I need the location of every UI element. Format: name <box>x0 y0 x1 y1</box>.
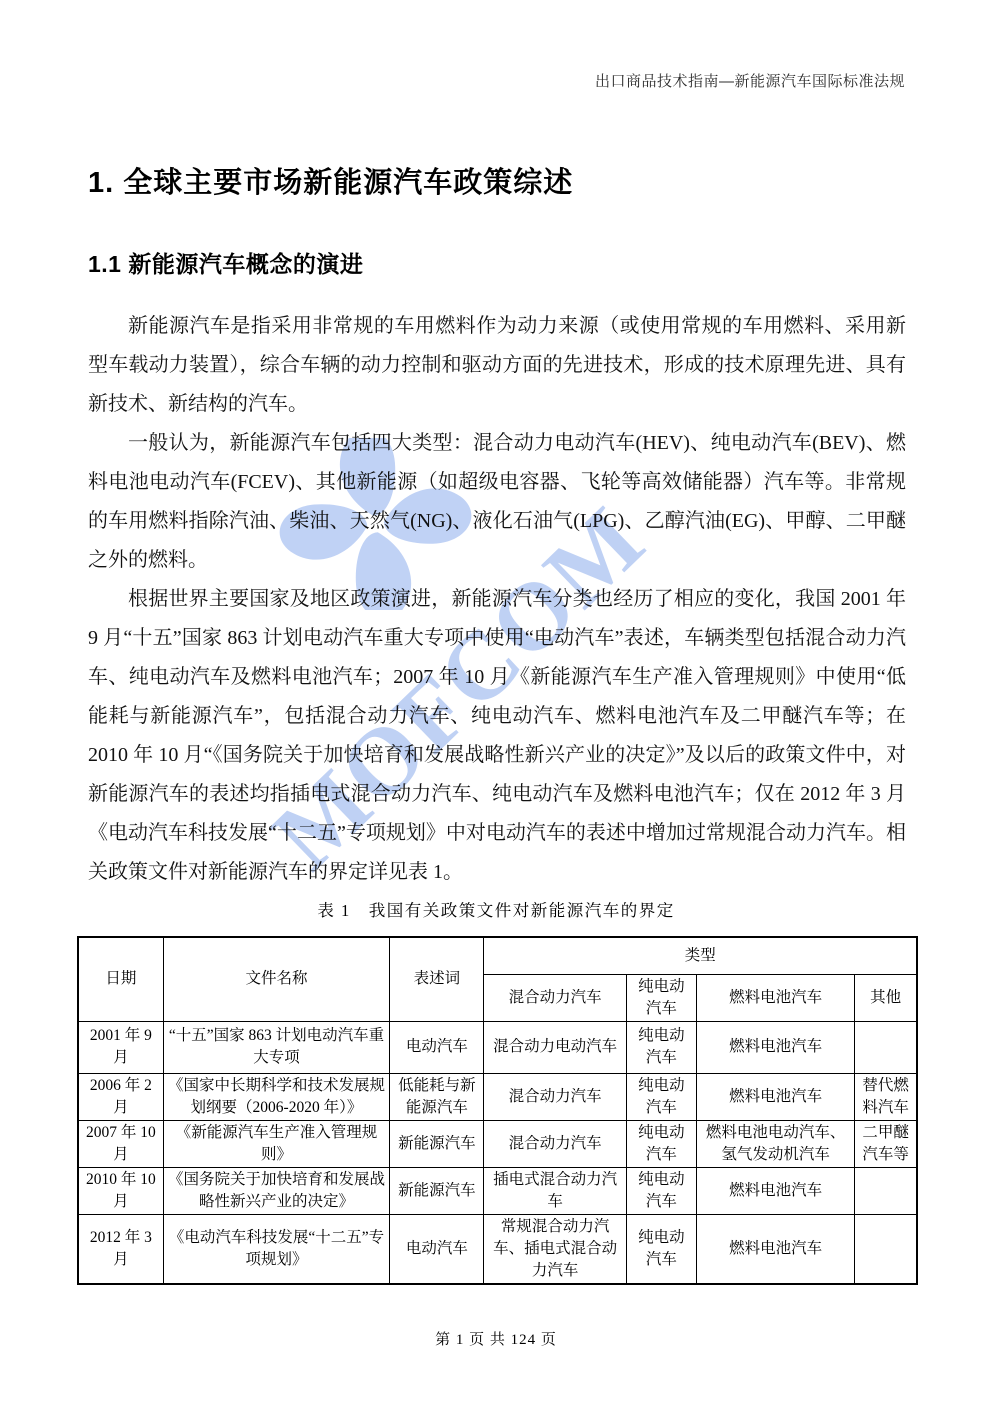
table-row: 2012 年 3 月《电动汽车科技发展“十二五”专项规划》电动汽车常规混合动力汽… <box>78 1214 917 1284</box>
document-content: 出口商品技术指南—新能源汽车国际标准法规 1. 全球主要市场新能源汽车政策综述 … <box>0 0 992 1403</box>
table-cell: 2010 年 10 月 <box>78 1167 163 1214</box>
page-footer: 第 1 页 共 124 页 <box>0 1328 992 1349</box>
table-cell: 混合动力汽车 <box>484 1120 626 1167</box>
table-cell: 纯电动汽车 <box>626 1120 696 1167</box>
subsection-title: 1.1 新能源汽车概念的演进 <box>88 246 908 279</box>
table-cell: 新能源汽车 <box>390 1120 484 1167</box>
table-cell <box>855 1021 917 1073</box>
table-cell: 《电动汽车科技发展“十二五”专项规划》 <box>163 1214 390 1284</box>
table-cell: 2006 年 2 月 <box>78 1073 163 1120</box>
table-caption: 表 1 我国有关政策文件对新能源汽车的界定 <box>0 897 992 921</box>
table-cell: 燃料电池汽车 <box>696 1167 854 1214</box>
policy-table-body: 2001 年 9 月“十五”国家 863 计划电动汽车重大专项电动汽车混合动力电… <box>78 1021 917 1284</box>
table-cell: 《新能源汽车生产准入管理规则》 <box>163 1120 390 1167</box>
table-row: 2010 年 10 月《国务院关于加快培育和发展战略性新兴产业的决定》新能源汽车… <box>78 1167 917 1214</box>
table-cell: 2012 年 3 月 <box>78 1214 163 1284</box>
table-cell: 纯电动汽车 <box>626 1167 696 1214</box>
table-cell: 电动汽车 <box>390 1021 484 1073</box>
table-cell: 低能耗与新能源汽车 <box>390 1073 484 1120</box>
table-cell: 替代燃料汽车 <box>855 1073 917 1120</box>
page-header: 出口商品技术指南—新能源汽车国际标准法规 <box>595 70 905 91</box>
table-cell: 燃料电池汽车 <box>696 1073 854 1120</box>
header-cell-term: 表述词 <box>390 937 484 1021</box>
header-cell-other: 其他 <box>855 974 917 1021</box>
header-cell-date: 日期 <box>78 937 163 1021</box>
table-cell: 燃料电池汽车 <box>696 1214 854 1284</box>
header-cell-doc: 文件名称 <box>163 937 390 1021</box>
table-header: 日期 文件名称 表述词 类型 混合动力汽车 纯电动汽车 燃料电池汽车 其他 <box>78 937 917 1021</box>
header-cell-hybrid: 混合动力汽车 <box>484 974 626 1021</box>
header-cell-bev: 纯电动汽车 <box>626 974 696 1021</box>
header-cell-type-group: 类型 <box>484 937 917 974</box>
table-cell: 混合动力电动汽车 <box>484 1021 626 1073</box>
table-cell: 纯电动汽车 <box>626 1214 696 1284</box>
table-cell: 《国家中长期科学和技术发展规划纲要（2006-2020 年）》 <box>163 1073 390 1120</box>
table-cell: 2007 年 10 月 <box>78 1120 163 1167</box>
policy-definition-table: 日期 文件名称 表述词 类型 混合动力汽车 纯电动汽车 燃料电池汽车 其他 20… <box>77 936 918 1285</box>
table-cell: 常规混合动力汽车、插电式混合动力汽车 <box>484 1214 626 1284</box>
paragraph: 一般认为，新能源汽车包括四大类型：混合动力电动汽车(HEV)、纯电动汽车(BEV… <box>88 424 906 580</box>
table-cell: 新能源汽车 <box>390 1167 484 1214</box>
document-page: MOFCOM 出口商品技术指南—新能源汽车国际标准法规 1. 全球主要市场新能源… <box>0 0 992 1403</box>
table-cell <box>855 1214 917 1284</box>
table-cell: 插电式混合动力汽车 <box>484 1167 626 1214</box>
table-header-row: 日期 文件名称 表述词 类型 <box>78 937 917 974</box>
table-cell: 纯电动汽车 <box>626 1021 696 1073</box>
table-cell: 混合动力汽车 <box>484 1073 626 1120</box>
body-text: 新能源汽车是指采用非常规的车用燃料作为动力来源（或使用常规的车用燃料、采用新型车… <box>88 307 906 892</box>
table-row: 2001 年 9 月“十五”国家 863 计划电动汽车重大专项电动汽车混合动力电… <box>78 1021 917 1073</box>
table-cell: 电动汽车 <box>390 1214 484 1284</box>
table-cell: 《国务院关于加快培育和发展战略性新兴产业的决定》 <box>163 1167 390 1214</box>
table-row: 2006 年 2 月《国家中长期科学和技术发展规划纲要（2006-2020 年）… <box>78 1073 917 1120</box>
table-cell: 燃料电池汽车 <box>696 1021 854 1073</box>
header-cell-fcev: 燃料电池汽车 <box>696 974 854 1021</box>
table-cell <box>855 1167 917 1214</box>
table-cell: “十五”国家 863 计划电动汽车重大专项 <box>163 1021 390 1073</box>
paragraph: 新能源汽车是指采用非常规的车用燃料作为动力来源（或使用常规的车用燃料、采用新型车… <box>88 307 906 424</box>
table-cell: 二甲醚汽车等 <box>855 1120 917 1167</box>
table-row: 2007 年 10 月《新能源汽车生产准入管理规则》新能源汽车混合动力汽车纯电动… <box>78 1120 917 1167</box>
paragraph: 根据世界主要国家及地区政策演进，新能源汽车分类也经历了相应的变化，我国 2001… <box>88 580 906 892</box>
table-cell: 纯电动汽车 <box>626 1073 696 1120</box>
table-cell: 2001 年 9 月 <box>78 1021 163 1073</box>
section-title: 1. 全球主要市场新能源汽车政策综述 <box>88 160 908 201</box>
table-cell: 燃料电池电动汽车、氢气发动机汽车 <box>696 1120 854 1167</box>
